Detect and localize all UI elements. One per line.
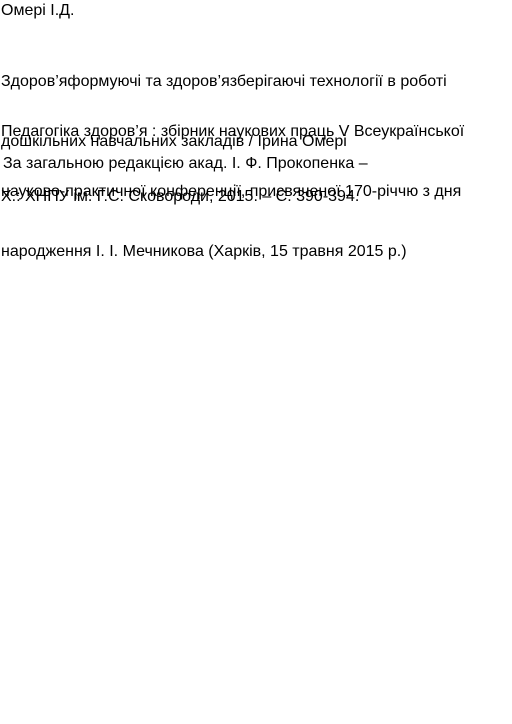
source-line-3: народження І. І. Мечникова (Харків, 15 т… — [1, 242, 464, 262]
publisher-line: Х.: ХНПУ ім. Г.С. Сковороди, 2015. – С. … — [1, 187, 359, 207]
source-line-1: Педагогіка здоров’я : збірник наукових п… — [1, 122, 464, 142]
author-line: Омері І.Д. — [1, 1, 74, 21]
editor-line: За загальною редакцією акад. І. Ф. Проко… — [3, 154, 368, 174]
